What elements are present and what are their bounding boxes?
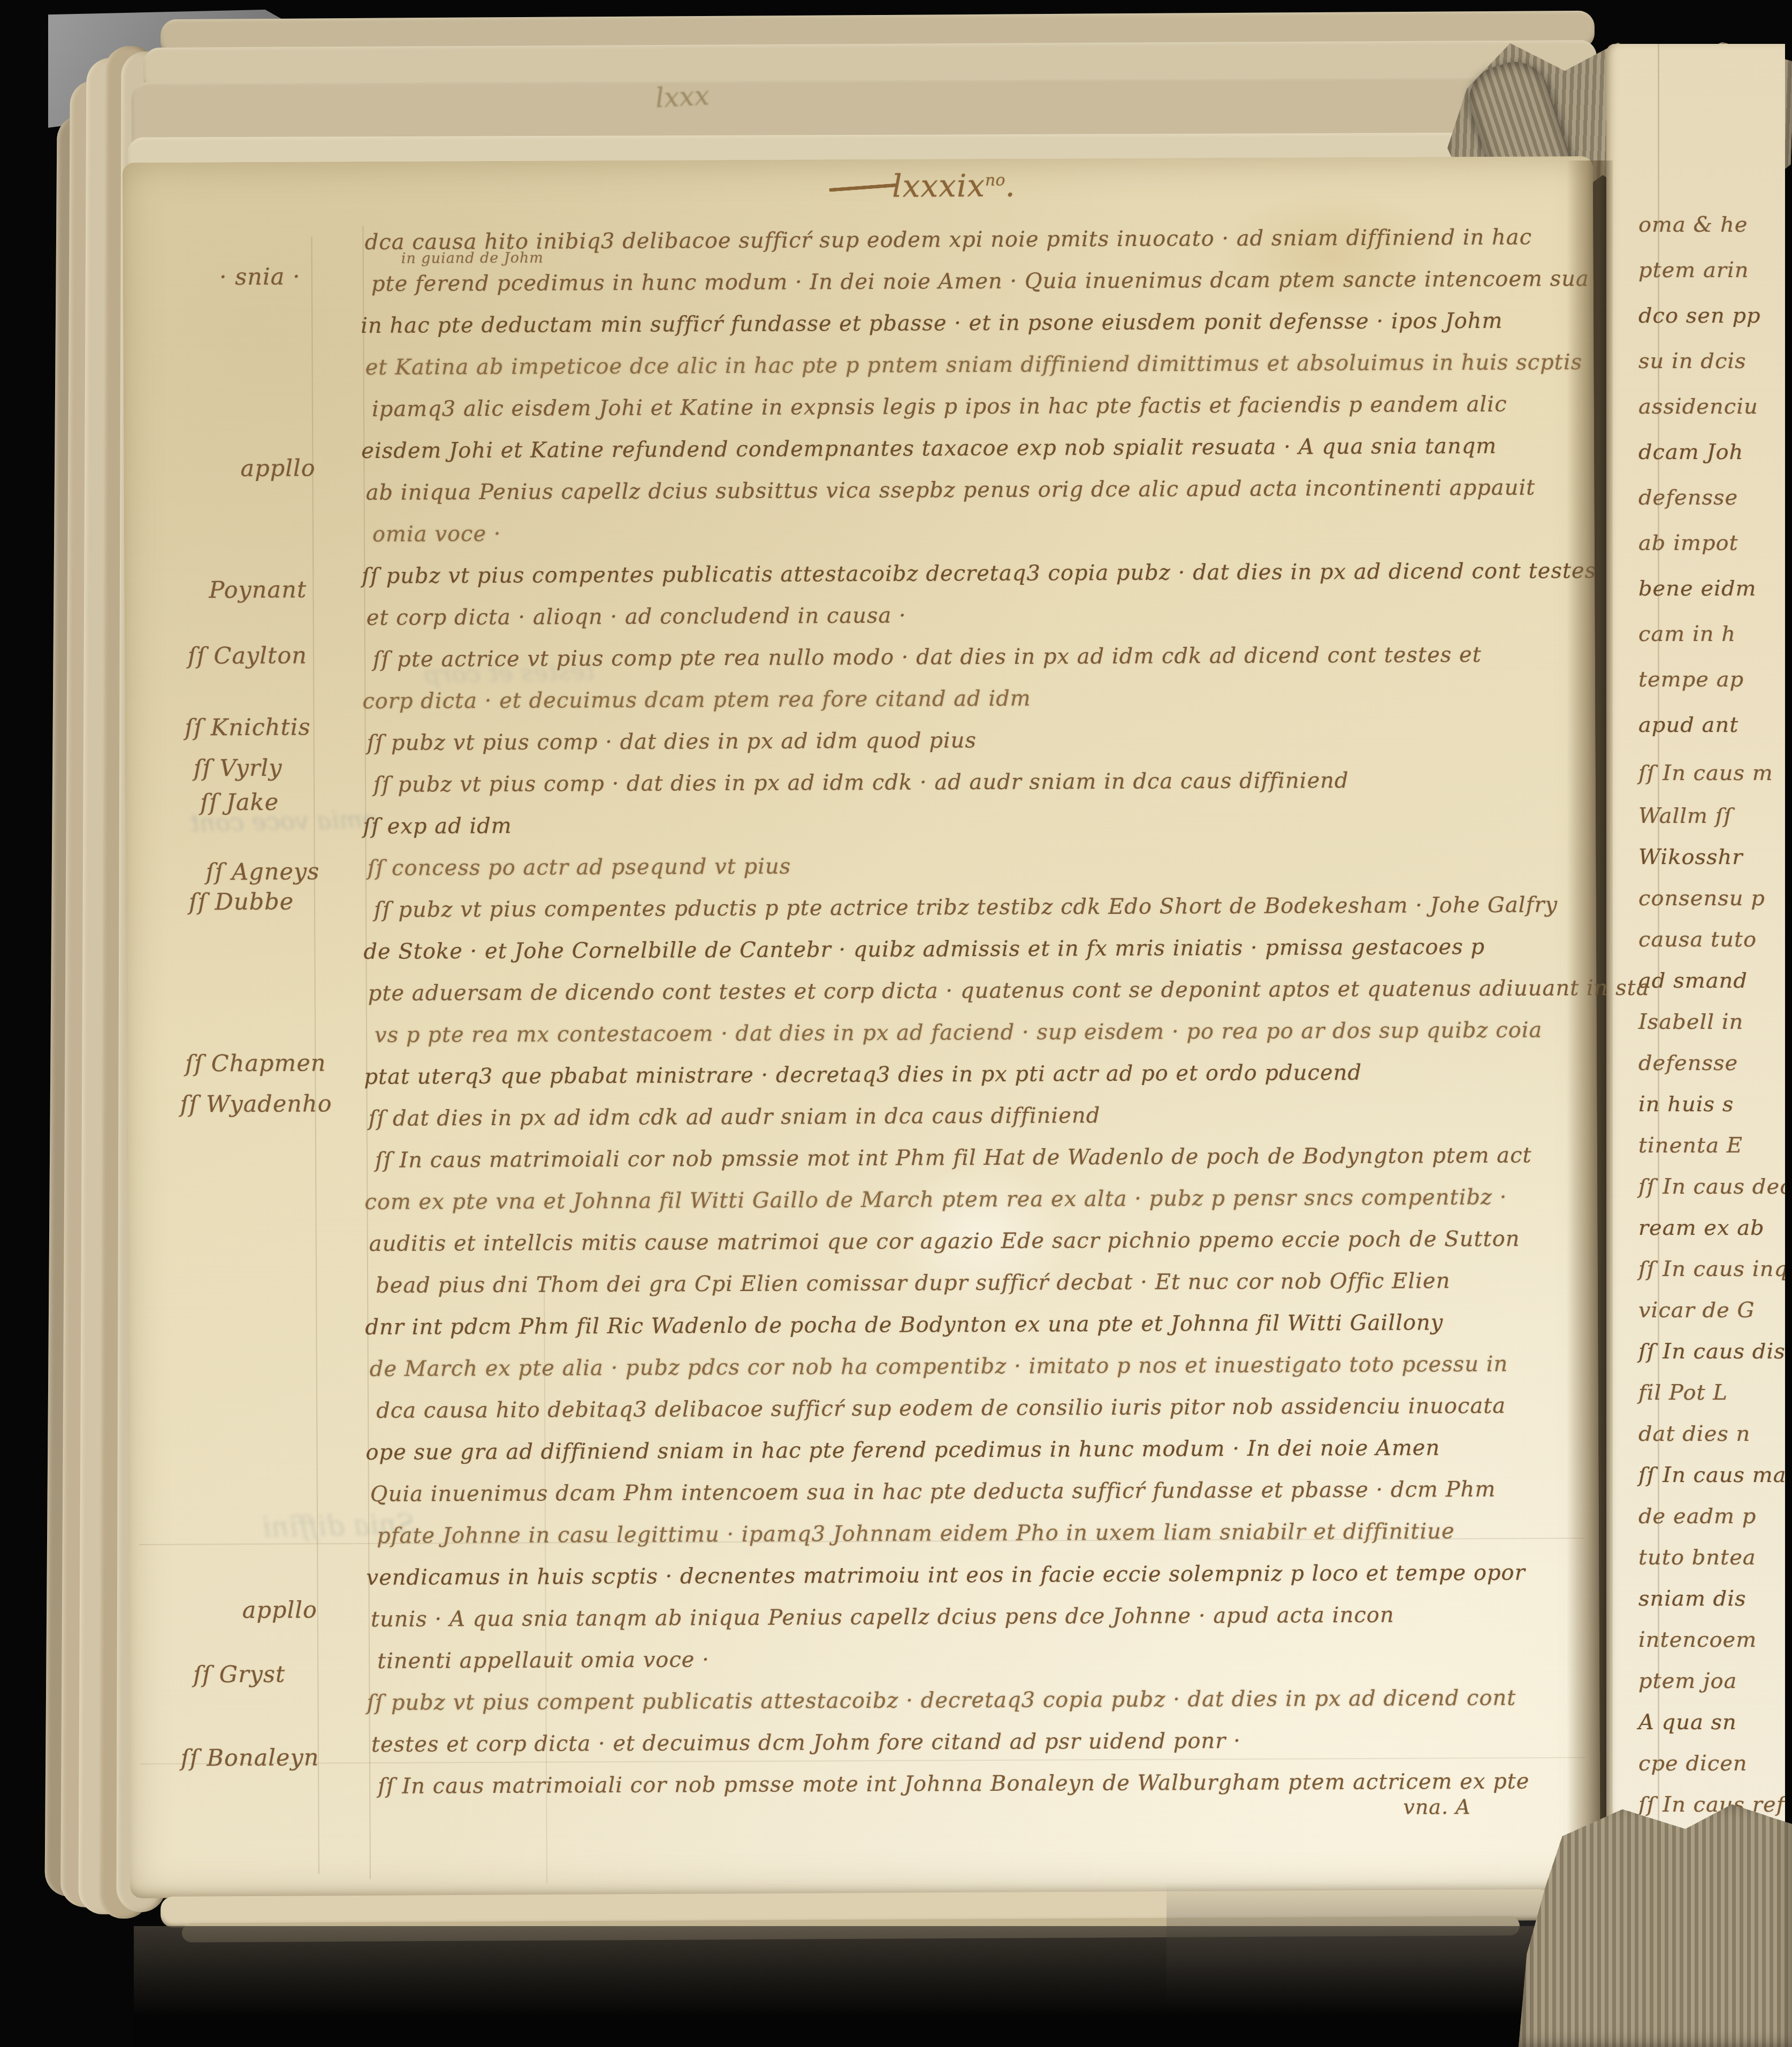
margin-note: ſſ Caylton <box>188 643 307 670</box>
right-page-text-line: ream ex ab <box>1638 1216 1765 1240</box>
margin-note: ſſ Agneys <box>206 858 320 885</box>
margin-note: Poynant <box>209 577 307 604</box>
text-line: dca causa hito debitaq3 delibacoe suffic… <box>376 1394 1506 1423</box>
under-book-shadow <box>134 1926 1579 2047</box>
right-page-text-line: ab impot <box>1638 531 1738 555</box>
margin-ruling-line <box>362 226 370 1879</box>
ghost-folio-number: lxxx <box>655 80 710 113</box>
text-line: ſſ pubz vt pius compentes publicatis att… <box>362 559 1596 589</box>
margin-note: ſſ Wyadenho <box>180 1090 332 1118</box>
gutter-shadow <box>1567 161 1613 1921</box>
margin-note: appllo <box>240 455 315 482</box>
right-page-text-line: Wallm ſſ <box>1638 804 1732 828</box>
text-line: ſſ pubz vt pius comp · dat dies in px ad… <box>367 728 977 755</box>
right-page-text-line: fil Pot L <box>1638 1380 1728 1405</box>
right-page-text-line: ſſ In caus ref <box>1638 1792 1785 1817</box>
text-line: de March ex pte alia · pubz pdcs cor nob… <box>370 1352 1508 1381</box>
margin-note: ſſ Knichtis <box>185 714 310 741</box>
text-line: ſſ concess po actr ad pseqund vt pius <box>368 854 791 881</box>
text-line: tinenti appellauit omia voce · <box>377 1647 710 1674</box>
right-page-text-line: ad smand <box>1638 968 1748 993</box>
right-page-text-line: defensse <box>1638 485 1738 510</box>
quire-signature: vna. A <box>1403 1795 1470 1819</box>
right-page-text-line: causa tuto <box>1638 927 1757 952</box>
right-page-text-line: dat dies n <box>1638 1422 1750 1446</box>
margin-note: appllo <box>242 1597 317 1624</box>
margin-note: ſſ Chapmen <box>185 1050 326 1077</box>
right-page-text-line: intencoem <box>1638 1628 1757 1652</box>
text-line: et Katina ab impeticoe dce alic in hac p… <box>365 350 1583 380</box>
folio-number-dot: . <box>1005 167 1016 204</box>
text-line: dnr int pdcm Phm fil Ric Wadenlo de poch… <box>365 1310 1443 1340</box>
folio-number-superscript: no <box>985 171 1005 189</box>
text-line: ptat uterq3 que pbabat ministrare · decr… <box>364 1060 1362 1089</box>
text-line: ſſ pubz vt pius comp · dat dies in px ad… <box>373 768 1349 797</box>
right-page-text-line: ptem arin <box>1638 258 1749 282</box>
text-line: vs p pte rea mx contestacoem · dat dies … <box>375 1018 1543 1048</box>
folio-flourish <box>829 183 898 192</box>
text-line: pte aduersam de dicendo cont testes et c… <box>368 976 1650 1006</box>
right-page-text-line: dcam Joh <box>1638 440 1743 464</box>
text-line: ſſ dat dies in px ad idm cdk ad audr sni… <box>369 1103 1101 1131</box>
right-page: oma & heptem arindco sen ppsu in dcisass… <box>1606 44 1785 1986</box>
text-line: eisdem Johi et Katine refundend condempn… <box>361 434 1497 463</box>
right-page-text-line: ſſ In caus inq <box>1638 1257 1785 1281</box>
left-page: omia voce cont Snia diffini testes et co… <box>123 156 1600 1898</box>
right-page-text-line: vicar de G <box>1638 1298 1755 1323</box>
right-page-text-line: defensse <box>1638 1051 1738 1075</box>
right-page-text-line: apud ant <box>1638 713 1738 737</box>
text-line: ipamq3 alic eisdem Johi et Katine in exp… <box>372 392 1507 422</box>
right-page-text-line: su in dcis <box>1638 349 1747 373</box>
right-page-text-line: ſſ In caus dec <box>1638 1174 1785 1199</box>
right-page-text-line: tempe ap <box>1638 667 1744 692</box>
text-line: ſſ pubz vt pius compentes pductis p pte … <box>374 892 1558 922</box>
margin-note: ſſ Dubbe <box>189 889 294 916</box>
right-page-text-line: Wikosshr <box>1638 845 1743 869</box>
right-page-text-line: in huis s <box>1638 1092 1734 1117</box>
right-page-text-line: A qua sn <box>1638 1710 1737 1735</box>
text-line: ope sue gra ad diffiniend sniam in hac p… <box>365 1435 1440 1465</box>
right-page-text-line: cpe dicen <box>1638 1751 1748 1776</box>
text-line: de Stoke · et Johe Cornelbille de Canteb… <box>363 935 1485 964</box>
right-page-text-line: bene eidm <box>1638 576 1756 601</box>
manuscript-photo: lxxx oma & heptem arindco sen ppsu in dc… <box>0 0 1792 2047</box>
margin-note: ſſ Gryst <box>193 1661 285 1689</box>
parchment-stain <box>1219 189 1445 318</box>
right-page-text-line: ſſ In caus ma <box>1638 1463 1785 1487</box>
text-line: bead pius dni Thom dei gra Cpi Elien com… <box>376 1269 1450 1298</box>
right-page-text-line: consensu p <box>1638 886 1765 911</box>
right-page-text-line: ſſ In caus m <box>1638 761 1773 785</box>
folio-number: lxxxixno. <box>829 167 1016 205</box>
text-line: ſſ In caus matrimoiali cor nob pmsse mot… <box>378 1769 1529 1799</box>
text-line: ſſ In caus matrimoiali cor nob pmssie mo… <box>375 1143 1532 1173</box>
text-line: com ex pte vna et Johnna fil Witti Gaill… <box>364 1185 1507 1215</box>
text-line: Quia inuenimus dcam Phm intencoem sua in… <box>370 1477 1496 1507</box>
text-line: auditis et intellcis mitis cause matrimo… <box>369 1227 1520 1256</box>
margin-note: ſſ Jake <box>200 789 279 816</box>
folio-number-text: lxxxix <box>892 167 985 204</box>
right-page-text-line: ſſ In caus dis <box>1638 1339 1785 1364</box>
text-line: ſſ pubz vt pius compent publicatis attes… <box>367 1686 1516 1715</box>
right-page-text-line: de eadm p <box>1638 1504 1756 1529</box>
right-page-text-line: oma & he <box>1638 212 1748 237</box>
text-line: ſſ exp ad idm <box>363 814 512 839</box>
text-line: ab iniqua Penius capellz dcius subsittus… <box>366 475 1536 505</box>
text-line: et corp dicta · alioqn · ad concludend i… <box>367 604 906 630</box>
margin-note: ſſ Vyrly <box>194 755 283 782</box>
right-page-text-line: tuto bntea <box>1638 1545 1756 1570</box>
right-page-text-line: assidenciu <box>1638 394 1758 419</box>
right-page-text-line: sniam dis <box>1638 1586 1747 1611</box>
text-line: omia voce · <box>372 522 501 547</box>
horizontal-crease <box>140 1757 1585 1765</box>
text-line: tunis · A qua snia tanqm ab iniqua Peniu… <box>371 1603 1394 1632</box>
right-page-text-line: cam in h <box>1638 622 1736 646</box>
margin-note: · snia · <box>219 264 301 291</box>
text-line: pfate Johnne in casu legittimu · ipamq3 … <box>377 1519 1455 1548</box>
text-line: ſſ pte actrice vt pius comp pte rea null… <box>373 643 1482 672</box>
text-line: testes et corp dicta · et decuimus dcm J… <box>371 1729 1241 1757</box>
text-line: corp dicta · et decuimus dcam ptem rea f… <box>362 686 1031 714</box>
right-page-text-line: Isabell in <box>1638 1010 1743 1034</box>
margin-note: ſſ Bonaleyn <box>181 1744 319 1771</box>
text-line: dca causa hito inibiq3 delibacoe sufficŕ… <box>364 225 1532 255</box>
right-page-text-line: dco sen pp <box>1638 303 1761 328</box>
text-line: vendicamus in huis scptis · decnentes ma… <box>366 1561 1525 1590</box>
right-page-text-line: tinenta E <box>1638 1133 1743 1158</box>
right-page-text-line: ptem joa <box>1638 1669 1737 1693</box>
text-line: in hac pte deductam min sufficŕ fundasse… <box>361 309 1503 338</box>
